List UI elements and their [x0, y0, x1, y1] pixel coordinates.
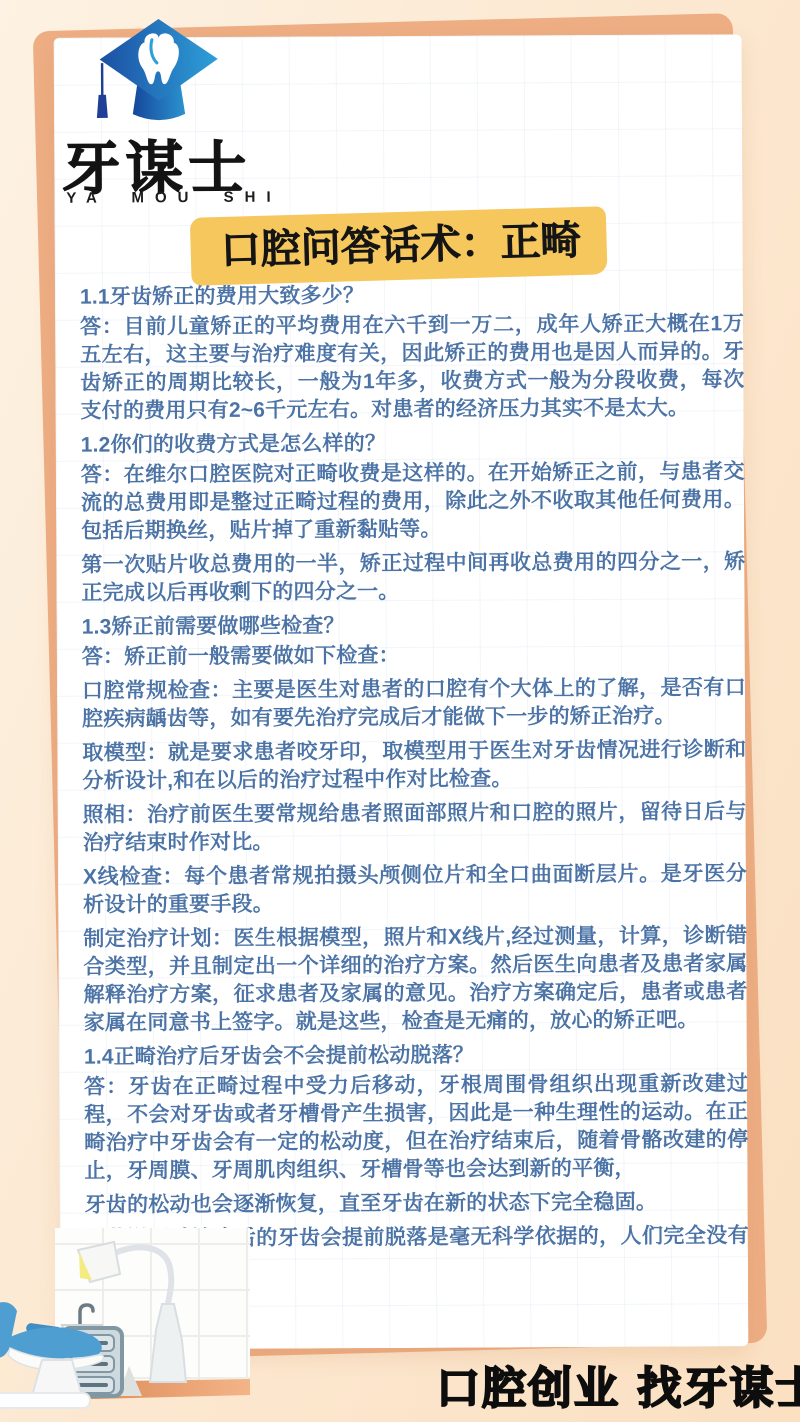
answer-paragraph: 答：矫正前一般需要做如下检查：	[82, 640, 746, 671]
brand-name-en: YA MOU SHI	[66, 189, 281, 207]
answer-paragraph: 取模型：就是要求患者咬牙印，取模型用于医生对牙齿情况进行诊断和分析设计,和在以后…	[82, 736, 746, 795]
qa-section: 1.3矫正前需要做哪些检查？ 答：矫正前一般需要做如下检查： 口腔常规检查：主要…	[82, 610, 748, 1037]
question: 1.3矫正前需要做哪些检查？	[82, 610, 746, 641]
answer-paragraph: 答：牙齿在正畸过程中受力后移动，牙根周围骨组织出现重新改建过程，不会对牙齿或者牙…	[84, 1070, 749, 1185]
dental-clinic-illustration	[0, 1228, 380, 1422]
answer-paragraph: 口腔常规检查：主要是医生对患者的口腔有个大体上的了解，是否有口腔疾病龋齿等，如有…	[82, 674, 746, 733]
footer-slogan: 口腔创业 找牙谋士	[436, 1352, 800, 1416]
answer-paragraph: X线检查：每个患者常规拍摄头颅侧位片和全口曲面断层片。是牙医分析设计的重要手段。	[83, 860, 747, 919]
question: 1.4正畸治疗后牙齿会不会提前松动脱落？	[84, 1040, 748, 1071]
chair-base	[32, 1360, 82, 1396]
content-card: 牙谋士 YA MOU SHI 口腔问答话术：正畸 1.1牙齿矫正的费用大致多少？…	[54, 34, 749, 1350]
title-row: 口腔问答话术：正畸	[54, 210, 742, 282]
title-highlight: 口腔问答话术：正畸	[190, 206, 608, 286]
poster: 牙谋士 YA MOU SHI 口腔问答话术：正畸 1.1牙齿矫正的费用大致多少？…	[0, 0, 800, 1422]
answer-paragraph: 答：在维尔口腔医院对正畸收费是这样的。在开始矫正之前，与患者交流的总费用即是整过…	[81, 458, 745, 545]
answer-paragraph: 照相：治疗前医生要常规给患者照面部照片和口腔的照片，留待日后与治疗结束时作对比。	[83, 798, 747, 857]
answer-paragraph: 牙齿的松动也会逐渐恢复，直至牙齿在新的状态下完全稳固。	[85, 1188, 749, 1219]
qa-section: 1.2你们的收费方式是怎么样的？ 答：在维尔口腔医院对正畸收费是这样的。在开始矫…	[81, 428, 746, 607]
tassel	[97, 95, 108, 118]
question: 1.2你们的收费方式是怎么样的？	[81, 428, 745, 459]
page-title: 口腔问答话术：正畸	[220, 218, 581, 274]
answer-paragraph: 第一次贴片收总费用的一半，矫正过程中间再收总费用的四分之一，矫正完成以后再收剩下…	[81, 548, 745, 607]
qa-section: 1.1牙齿矫正的费用大致多少？ 答：目前儿童矫正的平均费用在六千到一万二，成年人…	[80, 280, 745, 425]
chair-floor-bar	[0, 1393, 90, 1408]
graduation-cap-tooth-icon	[88, 14, 229, 139]
qa-body: 1.1牙齿矫正的费用大致多少？ 答：目前儿童矫正的平均费用在六千到一万二，成年人…	[80, 280, 749, 1287]
question: 1.1牙齿矫正的费用大致多少？	[80, 280, 744, 311]
answer-paragraph: 答：目前儿童矫正的平均费用在六千到一万二，成年人矫正大概在1万五左右，这主要与治…	[80, 310, 745, 425]
answer-paragraph: 制定治疗计划：医生根据模型，照片和X线片,经过测量，计算，诊断错合类型，并且制定…	[83, 922, 748, 1037]
